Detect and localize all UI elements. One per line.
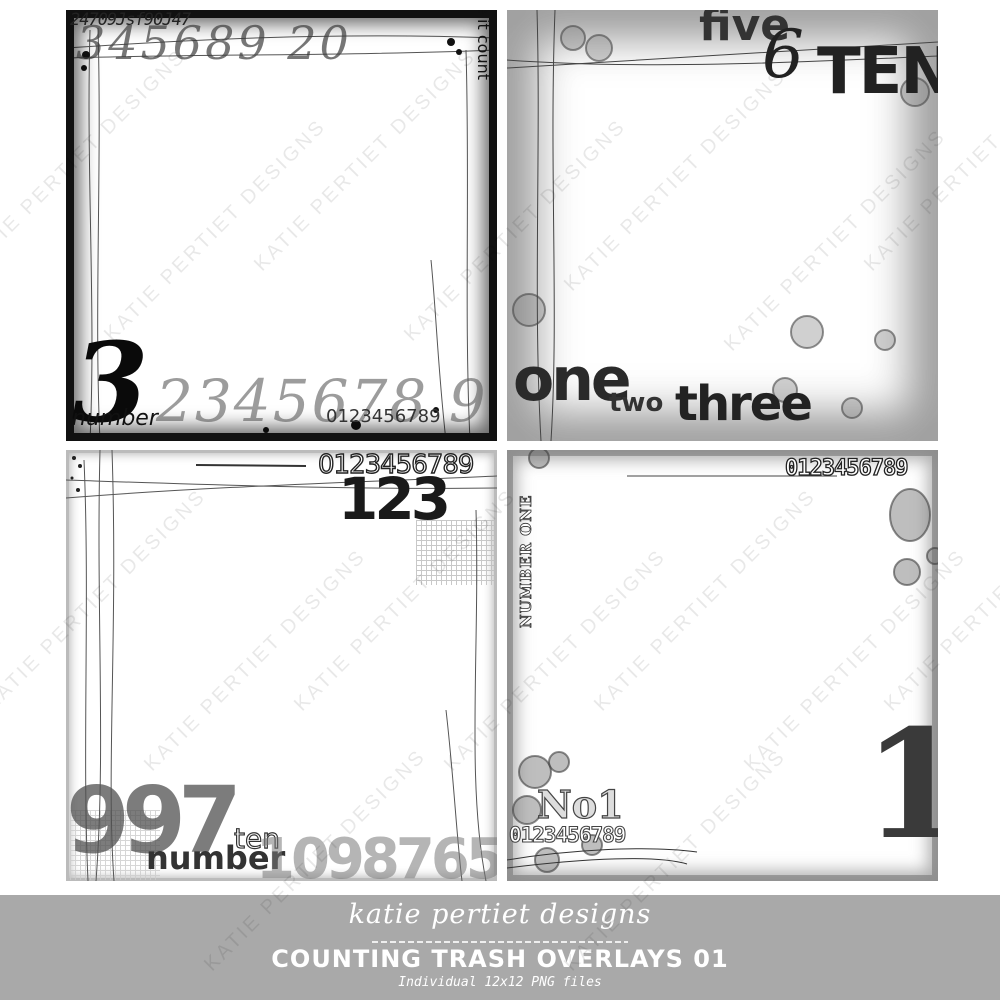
vertical-phrase: Make it count (475, 10, 491, 80)
big-numerals: 123 (338, 470, 447, 528)
vertical-phrase: NUMBER ONE (519, 495, 534, 628)
brand-logo: katie pertiet designs (0, 899, 1000, 930)
outlined-digits-bottom: 0123456789 (509, 825, 625, 846)
overlay-preview-3: 0123456789 123 997 number ten 1098765 (66, 450, 497, 881)
word-three: three (675, 380, 811, 428)
word-two: two (609, 390, 663, 416)
product-subtitle: Individual 12x12 PNG files (0, 975, 1000, 990)
small-digits: 0123456789 (326, 408, 441, 426)
number-word: number (72, 408, 158, 430)
overlay-preview-4: 0123456789 NUMBER ONE No1 0123456789 1 (507, 450, 938, 881)
overlay-preview-1: 24709Jsf90J47 345689 20 Make it count 3 … (66, 10, 497, 441)
outlined-digits: 0123456789 (785, 458, 907, 480)
product-banner: katie pertiet designs COUNTING TRASH OVE… (0, 895, 1000, 1000)
faded-digits: 1098765 (256, 832, 497, 881)
word-ten: TEN (817, 40, 938, 104)
no1-label: No1 (537, 786, 624, 824)
overlay-preview-2: five 6 TEN one two three (507, 10, 938, 441)
brand-divider (372, 941, 628, 943)
numeral-six: 6 (762, 22, 804, 88)
big-numeral: 1 (863, 722, 938, 850)
product-title: COUNTING TRASH OVERLAYS 01 (0, 945, 1000, 973)
painted-digits: 345689 20 (76, 20, 352, 66)
